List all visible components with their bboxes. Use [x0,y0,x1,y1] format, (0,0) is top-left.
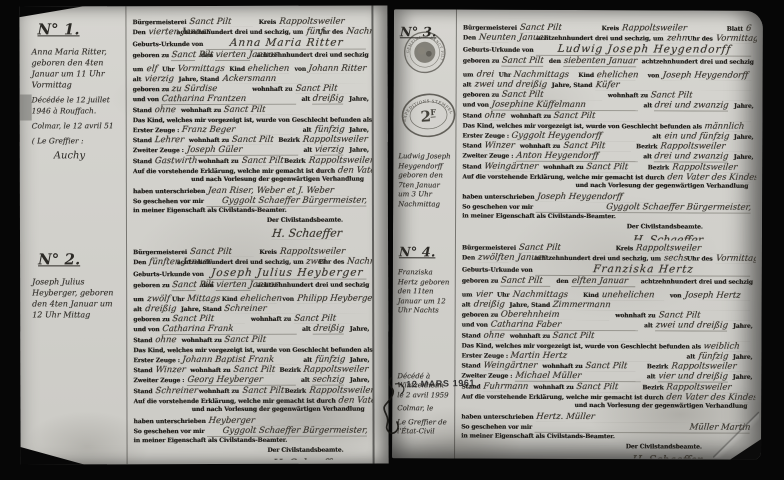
handwritten-entry: fünf [306,27,314,38]
handwritten-entry: Georg Heyberger [187,375,297,386]
handwritten-entry: Sanct Pilt [172,314,246,324]
handwritten-entry: dreißig [473,300,505,311]
printed-label: Blatt [727,26,743,33]
handwritten-entry: ohne [483,330,505,341]
handwritten-entry: ein und fünfzig [663,131,729,142]
printed-label: in meiner Eigenschaft als Civilstands-Be… [133,206,287,213]
handwritten-entry: Sanct Pilt [233,365,275,376]
handwritten-entry: den Vater des Neugeborenen [338,395,368,406]
form-line: Zweiter Zeuge : Joseph Güler alt vierzig… [133,145,372,156]
printed-label: und von [133,327,159,334]
printed-label: Jahre, [349,96,369,103]
handwritten-entry: Vormittags [715,34,752,44]
printed-label: um [462,291,473,298]
record-number: N° 1. [37,20,125,38]
handwritten-entry: ehelichen [247,64,290,75]
form-line: und von Catharina Faber alt zwei und dre… [462,320,756,331]
record-margin-column: N° 2. Joseph Julius Heyberger, geboren d… [28,246,127,460]
printed-label: Kind [583,292,599,299]
printed-label: Stand [133,107,152,114]
form-line: Auf die vorstehende Erklärung, welche mi… [133,165,372,176]
printed-label: Bezirk [278,137,299,144]
printed-label: Bezirk [284,157,305,164]
form-line: Den vierten Januar achtzehnhundert drei … [132,27,371,38]
marginal-signature-scrawl [377,374,425,438]
printed-label: Bürgermeisterei [462,244,516,251]
printed-label: Jahre, Stand [552,82,593,89]
printed-label: So geschehen vor mir [134,428,205,435]
handwritten-entry: dreißig [312,94,344,105]
printed-label: geboren zu [133,316,169,323]
printed-label: wohnhaft zu [510,332,550,339]
child-name-entry: Anna Maria Ritter [205,37,367,50]
party-signatures: Heyberger [208,416,368,427]
printed-label: alt [301,377,310,384]
handwritten-entry: 6 [745,24,752,34]
handwritten-entry: Rappoltsweiler [303,365,368,376]
handwritten-entry: Franz Beger [182,125,299,136]
mayor-signature: Gyggolt Schaeffer Bürgermeister, [206,196,367,207]
mayor-signature: Müller Martin [534,422,750,433]
handwritten-entry: den Vater des Kindes [337,165,367,176]
handwritten-entry: Rappoltsweiler [671,162,752,173]
record-block: N° 2. Joseph Julius Heyberger, geboren d… [28,246,373,461]
handwritten-entry: fünfzig [697,352,728,362]
printed-label: Jahre, [734,103,754,110]
handwritten-entry: vierten Januar [216,280,252,291]
handwritten-entry: Vormittags [715,254,752,264]
printed-label: geboren zu [133,282,169,289]
printed-label: geboren zu [133,86,169,93]
scanned-register-photo: N° 1. Anna Maria Ritter, geboren den 4te… [0,0,784,480]
margin-birth-note: Joseph Julius Heyberger, geboren den 4te… [32,276,124,320]
printed-label: Jahre, [734,134,754,141]
printed-label: Den [132,29,145,36]
handwritten-entry: männlich [704,121,752,131]
printed-label: Stand [133,367,152,374]
printed-label: Stand [461,383,480,390]
record-number: N° 2. [38,250,126,268]
printed-label: Jahre, Stand [178,76,219,83]
handwritten-entry: dreißig [313,324,345,335]
form-line: H. Schaeffer [462,232,756,240]
printed-label: in meiner Eigenschaft als Civilstands-Be… [461,432,615,440]
record-margin-column: N° 3. Ludwig Joseph Heygendorff geboren … [397,21,456,239]
form-line: geboren zu zu Sürdise wohnhaft zu Sanct … [133,84,372,95]
printed-label: Kreis [259,249,276,256]
printed-label: alt [647,374,656,381]
record-form-column: Bürgermeisterei Sanct Pilt Kreis Rappolt… [455,21,757,240]
form-line: alt dreißig Jahre, Stand Schreiner [133,304,372,315]
handwritten-entry: Küfer [595,80,753,91]
margin-birth-note: Anna Maria Ritter, geboren den 4ten Janu… [32,46,124,90]
printed-label: Jahre, [349,147,369,154]
handwritten-entry: Lehrer [154,135,184,145]
printed-label: alt [644,323,653,330]
handwritten-entry: fünften Januar [149,257,173,267]
form-line: So geschehen vor mir Gyggolt Schaeffer B… [134,426,373,437]
handwritten-entry: Sanct Pilt [586,162,643,173]
printed-label: Auf die vorstehende Erklärung, welche mi… [133,397,335,405]
handwritten-entry: siebenten Januar [563,56,637,67]
form-line: Stand Lehrer wohnhaft zu Sanct Pilt Bezi… [133,135,372,146]
printed-label: Den [133,259,146,266]
handwritten-entry: weiblich [703,341,751,351]
margin-birth-note: Ludwig Joseph Heygendorff geboren den 7t… [398,152,453,209]
handwritten-entry: Winzer [155,365,186,375]
printed-label: Stand [133,137,152,144]
printed-label: wohnhaft zu [533,383,573,390]
printed-label: Das Kind, welches mir vorgezeigt ist, wu… [133,346,372,354]
printed-label: Stand [463,112,482,119]
form-line: Geburts-Urkunde von Joseph Julius Heyber… [133,267,372,281]
margin-clerk-signature: Auchy [54,150,126,161]
printed-label: um [133,66,144,73]
mayor-signature: Gyggolt Schaeffer Bürgermeister, [207,426,368,437]
printed-label: Bürgermeisterei [463,24,517,31]
printed-label: wohnhaft zu [542,363,582,370]
form-line: haben unterschrieben Heyberger [133,416,372,427]
handwritten-entry: Michael Müller [515,371,643,382]
printed-label: wohnhaft zu [520,143,560,150]
form-line: Das Kind, welches mir vorgezeigt ist, wu… [133,344,372,355]
printed-label: haben unterschrieben [133,418,205,425]
form-line: So geschehen vor mir Gyggolt Schaeffer B… [133,196,372,207]
handwritten-entry: ehelichen [240,294,278,305]
printed-label: Stand [461,363,480,370]
printed-label: alt [301,96,310,103]
printed-label: So geschehen vor mir [133,198,204,205]
handwritten-entry: Sanct Pilt [552,331,751,342]
registrar-signature: H. Schaeffer [271,227,342,241]
printed-label: von [282,296,294,303]
form-line: Der Civilstandsbeamte. [133,216,372,227]
printed-label: wohnhaft zu [608,92,648,99]
handwritten-entry: dreißig [144,304,176,314]
handwritten-entry: Sanct Pilt [650,91,752,102]
right-page-scan: · GEMEINDE · SANCT PILT · EXPEDITIONS ST… [392,9,763,460]
handwritten-entry: Catharina Faber [490,320,639,331]
printed-label: Bezirk [285,387,306,394]
printed-label: alt [303,127,312,134]
handwritten-entry: Sanct Pilt [224,334,368,345]
printed-label: Auf die vorstehende Erklärung, welche mi… [133,167,335,175]
handwritten-entry: Sanct Pilt [241,385,280,396]
handwritten-entry: Catharina Frantzen [161,94,297,105]
record-form-column: Bürgermeisterei Sanct Pilt Kreis Rappolt… [454,241,756,458]
handwritten-entry: Johann Ritter [308,63,367,74]
handwritten-entry: Rappoltsweiler [278,17,367,28]
handwritten-entry: Mittags [187,294,218,304]
handwritten-entry: Anton Heygendorff [516,151,639,162]
printed-label: von [670,292,682,299]
handwritten-entry: zwei [306,257,314,268]
handwritten-entry: Nachmittags [347,257,368,268]
form-line: Stand Gastwirth wohnhaft zu Sanct Pilt B… [133,155,372,166]
printed-label: achtzehnhundert drei und sechzig [642,59,754,66]
printed-label: Jahre, [734,154,754,161]
handwritten-entry: Rappoltsweiler [660,142,752,153]
printed-label: alt [462,302,471,309]
printed-label: Geburts-Urkunde von [462,267,533,274]
handwritten-entry: Schreiner [155,386,194,396]
handwritten-entry: Sanct Pilt [231,135,273,146]
printed-label: Kreis [616,245,633,252]
handwritten-entry: Rappoltsweiler [308,385,368,396]
form-line: Den fünften Januar achtzehnhundert drei … [133,257,372,268]
printed-label: alt [303,357,312,364]
handwritten-entry: vierzig [314,145,344,156]
form-line: Zweiter Zeuge : Georg Heyberger alt sech… [133,375,372,386]
handwritten-entry: ohne [154,105,176,115]
form-line: H. Schaeffer [133,226,372,240]
handwritten-entry: Sanct Pilt [294,314,368,325]
printed-label: Jahre, [733,374,753,381]
form-line: geboren zu Sanct Pilt den elften Januar … [462,276,756,291]
handwritten-entry: Weingärtner [484,161,539,172]
record-form-column: Bürgermeisterei Sanct Pilt Kreis Rappolt… [126,246,373,461]
handwritten-entry: Sanct Pilt [658,311,751,322]
handwritten-entry: vierten Januar [148,27,172,37]
printed-label: und nach Vorlesung der gegenwärtigen Ver… [191,176,364,183]
handwritten-entry: Sanct Pilt [171,50,196,61]
form-line: Geburts-Urkunde von Anna Maria Ritter [132,37,371,51]
printed-label: haben unterschrieben [462,194,534,201]
printed-label: wohnhaft zu [511,112,551,119]
printed-label: Jahre, Stand [181,306,222,313]
handwritten-entry: Joseph Güler [186,145,299,156]
form-line: in meiner Eigenschaft als Civilstands-Be… [134,436,373,447]
handwritten-entry: vier und dreißig [658,372,729,383]
record-block: N° 3. Ludwig Joseph Heygendorff geboren … [397,21,757,241]
printed-label: alt [302,326,311,333]
printed-label: wohnhaft zu [181,337,221,344]
printed-label: Zweiter Zeuge : [133,147,184,154]
registrar-signature: H. Schaeffer [632,233,704,241]
printed-label: Erster Zeuge : [461,352,507,359]
form-line: Stand Weingärtner wohnhaft zu Sanct Pilt… [462,161,756,172]
form-line: Stand Weingärtner wohnhaft zu Sanct Pilt… [461,361,755,372]
form-line: geboren zu Sanct Pilt den vierten Januar… [133,50,372,64]
printed-label: Den [462,255,475,262]
printed-label: wohnhaft zu [615,312,655,319]
printed-label: geboren zu [133,52,169,59]
form-line: H. Schaeffer [134,456,373,460]
form-line: und von Josephine Küffelmann alt drei un… [463,100,757,111]
printed-label: So geschehen vor mir [461,424,532,431]
handwritten-entry: zwei und dreißig [655,321,729,332]
printed-label: in meiner Eigenschaft als Civilstands-Be… [462,212,616,220]
handwritten-entry: elften Januar [571,276,636,287]
handwritten-entry: Sanct Pilt [553,111,752,122]
handwritten-entry: drei und zwanzig [654,101,729,112]
form-line: Auf die vorstehende Erklärung, welche mi… [133,395,372,406]
handwritten-entry: ohne [155,335,177,345]
printed-label: den [549,58,561,65]
printed-label: achtzehnhundert drei und sechzig [641,279,753,286]
form-line: geboren zu Sanct Pilt wohnhaft zu Sanct … [133,314,372,325]
printed-label: alt [133,76,142,83]
handwritten-entry: unehelichen [601,290,665,301]
handwritten-entry: zu Sürdise [171,84,247,94]
child-name-entry: Franziska Hertz [535,263,752,277]
printed-label: alt [303,147,312,154]
record-block: N° 4. Franziska Hertz geboren den 11ten … [396,241,756,459]
printed-label: Erster Zeuge : [462,132,508,139]
handwritten-entry: den Vater des Kindes [666,392,751,403]
printed-label: geboren zu [463,58,499,65]
handwritten-entry: Rappoltsweiler [635,243,751,254]
printed-label: Der Civilstandsbeamte. [267,446,343,453]
printed-label: Auf die vorstehende Erklärung, welche mi… [461,393,663,401]
form-line: Stand Winzer wohnhaft zu Sanct Pilt Bezi… [133,365,372,376]
handwritten-entry: Sanct Pilt [224,104,368,115]
printed-label: Stand [462,143,481,150]
margin-death-note: Décédée le 12 juillet 1946 à Rouffach. [32,94,124,116]
printed-label: Erster Zeuge : [133,127,179,134]
record-form-column: Bürgermeisterei Sanct Pilt Kreis Rappolt… [125,16,372,243]
printed-label: Bürgermeisterei [132,19,186,26]
printed-label: Jahre, [349,127,369,134]
handwritten-entry: Rappoltsweiler [279,247,368,258]
form-line: Bürgermeisterei Sanct Pilt Kreis Rappolt… [133,247,372,258]
printed-label: Zweiter Zeuge : [133,377,184,384]
printed-label: alt [133,306,142,313]
printed-label: Bezirk [279,367,300,374]
form-line: Bürgermeisterei Sanct Pilt Kreis Rappolt… [132,17,371,28]
printed-label: Stand [133,337,152,344]
printed-label: Jahre, Stand [509,302,550,309]
form-line: Erster Zeuge : Johann Baptist Frank alt … [133,355,372,366]
form-line: H. Schaeffer [461,452,755,458]
handwritten-entry: fünfzig [314,355,345,366]
handwritten-entry: Josephine Küffelmann [491,100,639,111]
printed-label: achtzehnhundert drei und sechzig, um [537,35,664,43]
printed-label: geboren zu [463,92,499,99]
printed-label: alt [463,82,472,89]
printed-label: Den [463,35,476,42]
form-line: Geburts-Urkunde von Ludwig Joseph Heygen… [463,43,757,57]
printed-label: Jahre, [733,323,753,330]
printed-label: Stand [133,158,152,165]
handwritten-entry: den Vater des Kindes [667,172,752,183]
printed-label: alt [652,133,661,140]
form-line: alt vierzig Jahre, Stand Ackersmann [133,74,372,85]
handwritten-entry: zwölften Januar [477,253,529,264]
record-margin-column: N° 1. Anna Maria Ritter, geboren den 4te… [27,16,126,242]
handwritten-entry: Winzer [484,141,516,152]
handwritten-entry: Vormittags [177,64,225,74]
printed-label: So geschehen vor mir [462,204,533,211]
handwritten-entry: Joseph Heygendorff [662,70,753,81]
printed-label: wohnhaft zu [189,137,229,144]
printed-label: wohnhaft zu [251,316,291,323]
handwritten-entry: Sanct Pilt [172,280,197,291]
printed-label: wohnhaft zu [199,387,239,394]
handwritten-entry: Fuhrmann [483,381,529,392]
form-line: geboren zu Sanct Pilt den siebenten Janu… [463,56,757,71]
margin-death-block: Décédée le 12 juillet 1946 à Rouffach. C… [28,94,126,161]
form-line: Stand ohne wohnhaft zu Sanct Pilt [133,334,372,345]
printed-label: Der Civilstandsbeamte. [626,443,702,450]
handwritten-entry: ohne [484,110,506,121]
printed-label: in meiner Eigenschaft als Civilstands-Be… [134,436,288,443]
printed-label: Der Civilstandsbeamte. [627,223,703,230]
printed-label: Stand [462,332,481,339]
printed-label: Der Civilstandsbeamte. [267,216,343,223]
form-line: Stand Schreiner wohnhaft zu Sanct Pilt B… [133,385,372,396]
printed-label: geboren zu [462,312,498,319]
printed-label: Geburts-Urkunde von [133,271,204,278]
printed-label: Uhr [172,296,184,303]
handwritten-entry: Sanct Pilt [576,382,638,393]
form-line: Das Kind, welches mir vorgezeigt ist, wu… [133,114,372,125]
printed-label: Auf die vorstehende Erklärung, welche mi… [462,173,664,181]
printed-label: Jahre, [350,357,370,364]
handwritten-entry: drei und zwanzig [654,152,729,163]
printed-label: Uhr des [687,256,713,263]
printed-label: Uhr [497,292,509,299]
printed-label: um [463,71,474,78]
printed-label: Bezirk [648,164,669,171]
printed-label: haben unterschrieben [133,188,205,195]
form-line: und von Catharina Frantzen alt dreißig J… [133,94,372,105]
left-page-scan: N° 1. Anna Maria Ritter, geboren den 4te… [19,6,388,465]
party-signatures: Jean Riser, Weber et J. Weber [208,186,368,197]
printed-label: Das Kind, welches mir vorgezeigt ist, wu… [461,342,700,350]
printed-label: alt [643,154,652,161]
printed-label: wohnhaft zu [198,157,238,164]
printed-label: und von [462,322,488,329]
form-line: Den zwölften Januar achtzehnhundert drei… [462,253,756,264]
record-number: N° 4. [399,245,455,260]
handwritten-entry: Gastwirth [154,156,193,166]
handwritten-entry: Rappoltsweiler [302,135,367,146]
handwritten-entry: Catharina Frank [162,324,298,335]
printed-label: Bürgermeisterei [133,249,187,256]
handwritten-entry: Joseph Hertz [684,290,752,300]
record-number: N° 3. [400,25,456,40]
handwritten-entry: vierzig [144,74,174,84]
printed-label: und nach Vorlesung der gegenwärtigen Ver… [192,406,365,413]
form-line: und von Catharina Frank alt dreißig Jahr… [133,324,372,335]
handwritten-entry: Ackersmann [222,74,368,85]
margin-death-note-3: ( Le Greffier : [32,135,124,146]
printed-label: Kind [578,72,594,79]
printed-label: Das Kind, welches mir vorgezeigt ist, wu… [462,122,701,130]
handwritten-entry: Neunten Januar [478,33,532,44]
handwritten-entry: zwölf [146,294,167,304]
handwritten-entry: Schreiner [224,304,368,315]
printed-label: wohnhaft zu [181,107,221,114]
handwritten-entry: Sanct Pilt [189,17,254,28]
printed-label: den [556,278,568,285]
printed-label: Stand [133,388,152,395]
form-line: um elf Uhr Vormittags Kind ehelichen von… [133,63,372,74]
handwritten-entry: Rappoltsweiler [670,362,751,373]
handwritten-entry: Sanct Pilt [189,247,254,258]
printed-label: Stand [462,163,481,170]
printed-label: von [648,72,660,79]
registrar-signature: H. Schaeffer [271,457,342,461]
printed-label: Kind [222,296,238,303]
form-line: Stand Winzer wohnhaft zu Sanct Pilt Bezi… [462,141,756,152]
printed-label: und nach Vorlesung der gegenwärtigen Ver… [575,182,748,190]
handwritten-entry: sechzig [312,375,345,386]
handwritten-entry: Rappoltsweiler [666,382,751,393]
form-line: Erster Zeuge : Franz Beger alt fünfzig J… [133,125,372,136]
printed-label: Bezirk [636,143,657,150]
